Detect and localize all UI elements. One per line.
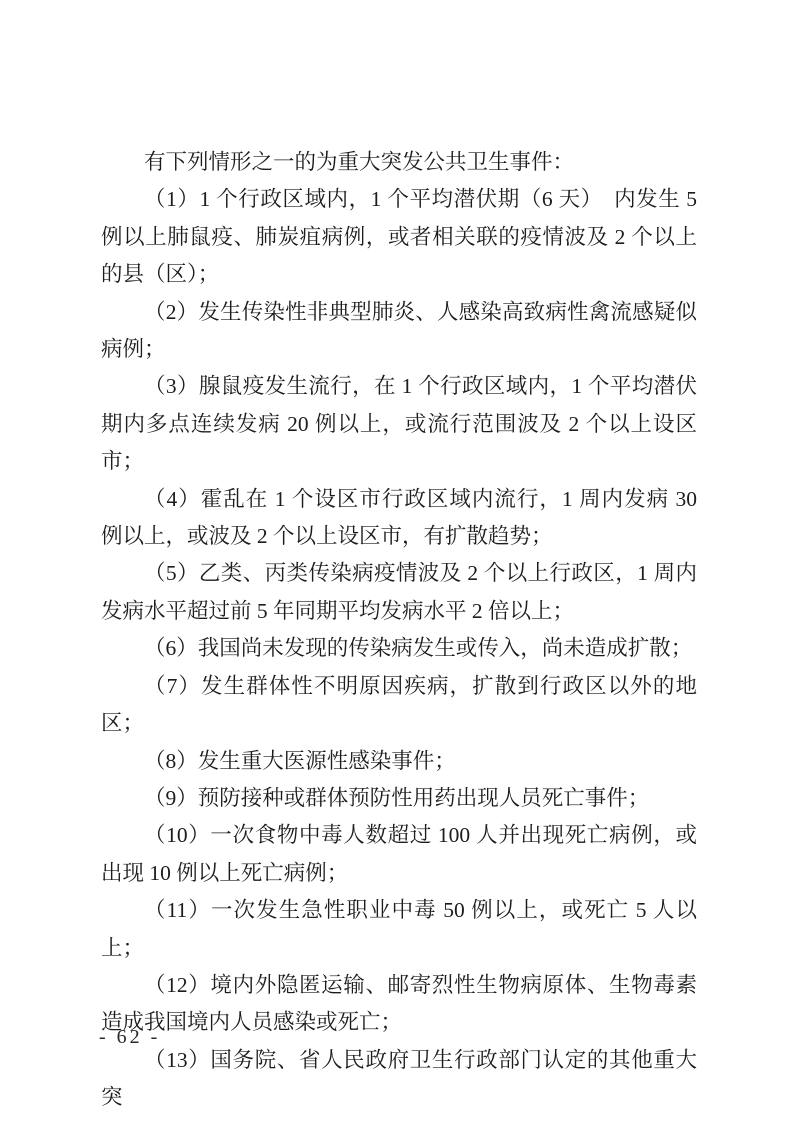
paragraph-item-11: （11）一次发生急性职业中毒 50 例以上，或死亡 5 人以上； bbox=[101, 892, 697, 967]
paragraph-item-8: （8）发生重大医源性感染事件； bbox=[101, 743, 697, 780]
paragraph-intro: 有下列情形之一的为重大突发公共卫生事件： bbox=[101, 144, 697, 181]
paragraph-item-9: （9）预防接种或群体预防性用药出现人员死亡事件； bbox=[101, 780, 697, 817]
paragraph-item-3: （3）腺鼠疫发生流行，在 1 个行政区域内，1 个平均潜伏期内多点连续发病 20… bbox=[101, 368, 697, 480]
paragraph-item-1: （1）1 个行政区域内，1 个平均潜伏期（6 天） 内发生 5 例以上肺鼠疫、肺… bbox=[101, 181, 697, 293]
document-page: 有下列情形之一的为重大突发公共卫生事件： （1）1 个行政区域内，1 个平均潜伏… bbox=[0, 0, 793, 1122]
page-number: - 62 - bbox=[99, 1026, 160, 1049]
paragraph-item-10: （10）一次食物中毒人数超过 100 人并出现死亡病例，或出现 10 例以上死亡… bbox=[101, 817, 697, 892]
paragraph-item-12: （12）境内外隐匿运输、邮寄烈性生物病原体、生物毒素造成我国境内人员感染或死亡； bbox=[101, 967, 697, 1042]
paragraph-item-5: （5）乙类、丙类传染病疫情波及 2 个以上行政区，1 周内发病水平超过前 5 年… bbox=[101, 555, 697, 630]
paragraph-item-4: （4）霍乱在 1 个设区市行政区域内流行，1 周内发病 30 例以上，或波及 2… bbox=[101, 481, 697, 556]
paragraph-item-7: （7）发生群体性不明原因疾病，扩散到行政区以外的地区； bbox=[101, 668, 697, 743]
paragraph-item-13: （13）国务院、省人民政府卫生行政部门认定的其他重大突 bbox=[101, 1042, 697, 1117]
paragraph-item-6: （6）我国尚未发现的传染病发生或传入，尚未造成扩散； bbox=[101, 630, 697, 667]
paragraph-item-2: （2）发生传染性非典型肺炎、人感染高致病性禽流感疑似病例； bbox=[101, 294, 697, 369]
document-body: 有下列情形之一的为重大突发公共卫生事件： （1）1 个行政区域内，1 个平均潜伏… bbox=[101, 144, 697, 1117]
